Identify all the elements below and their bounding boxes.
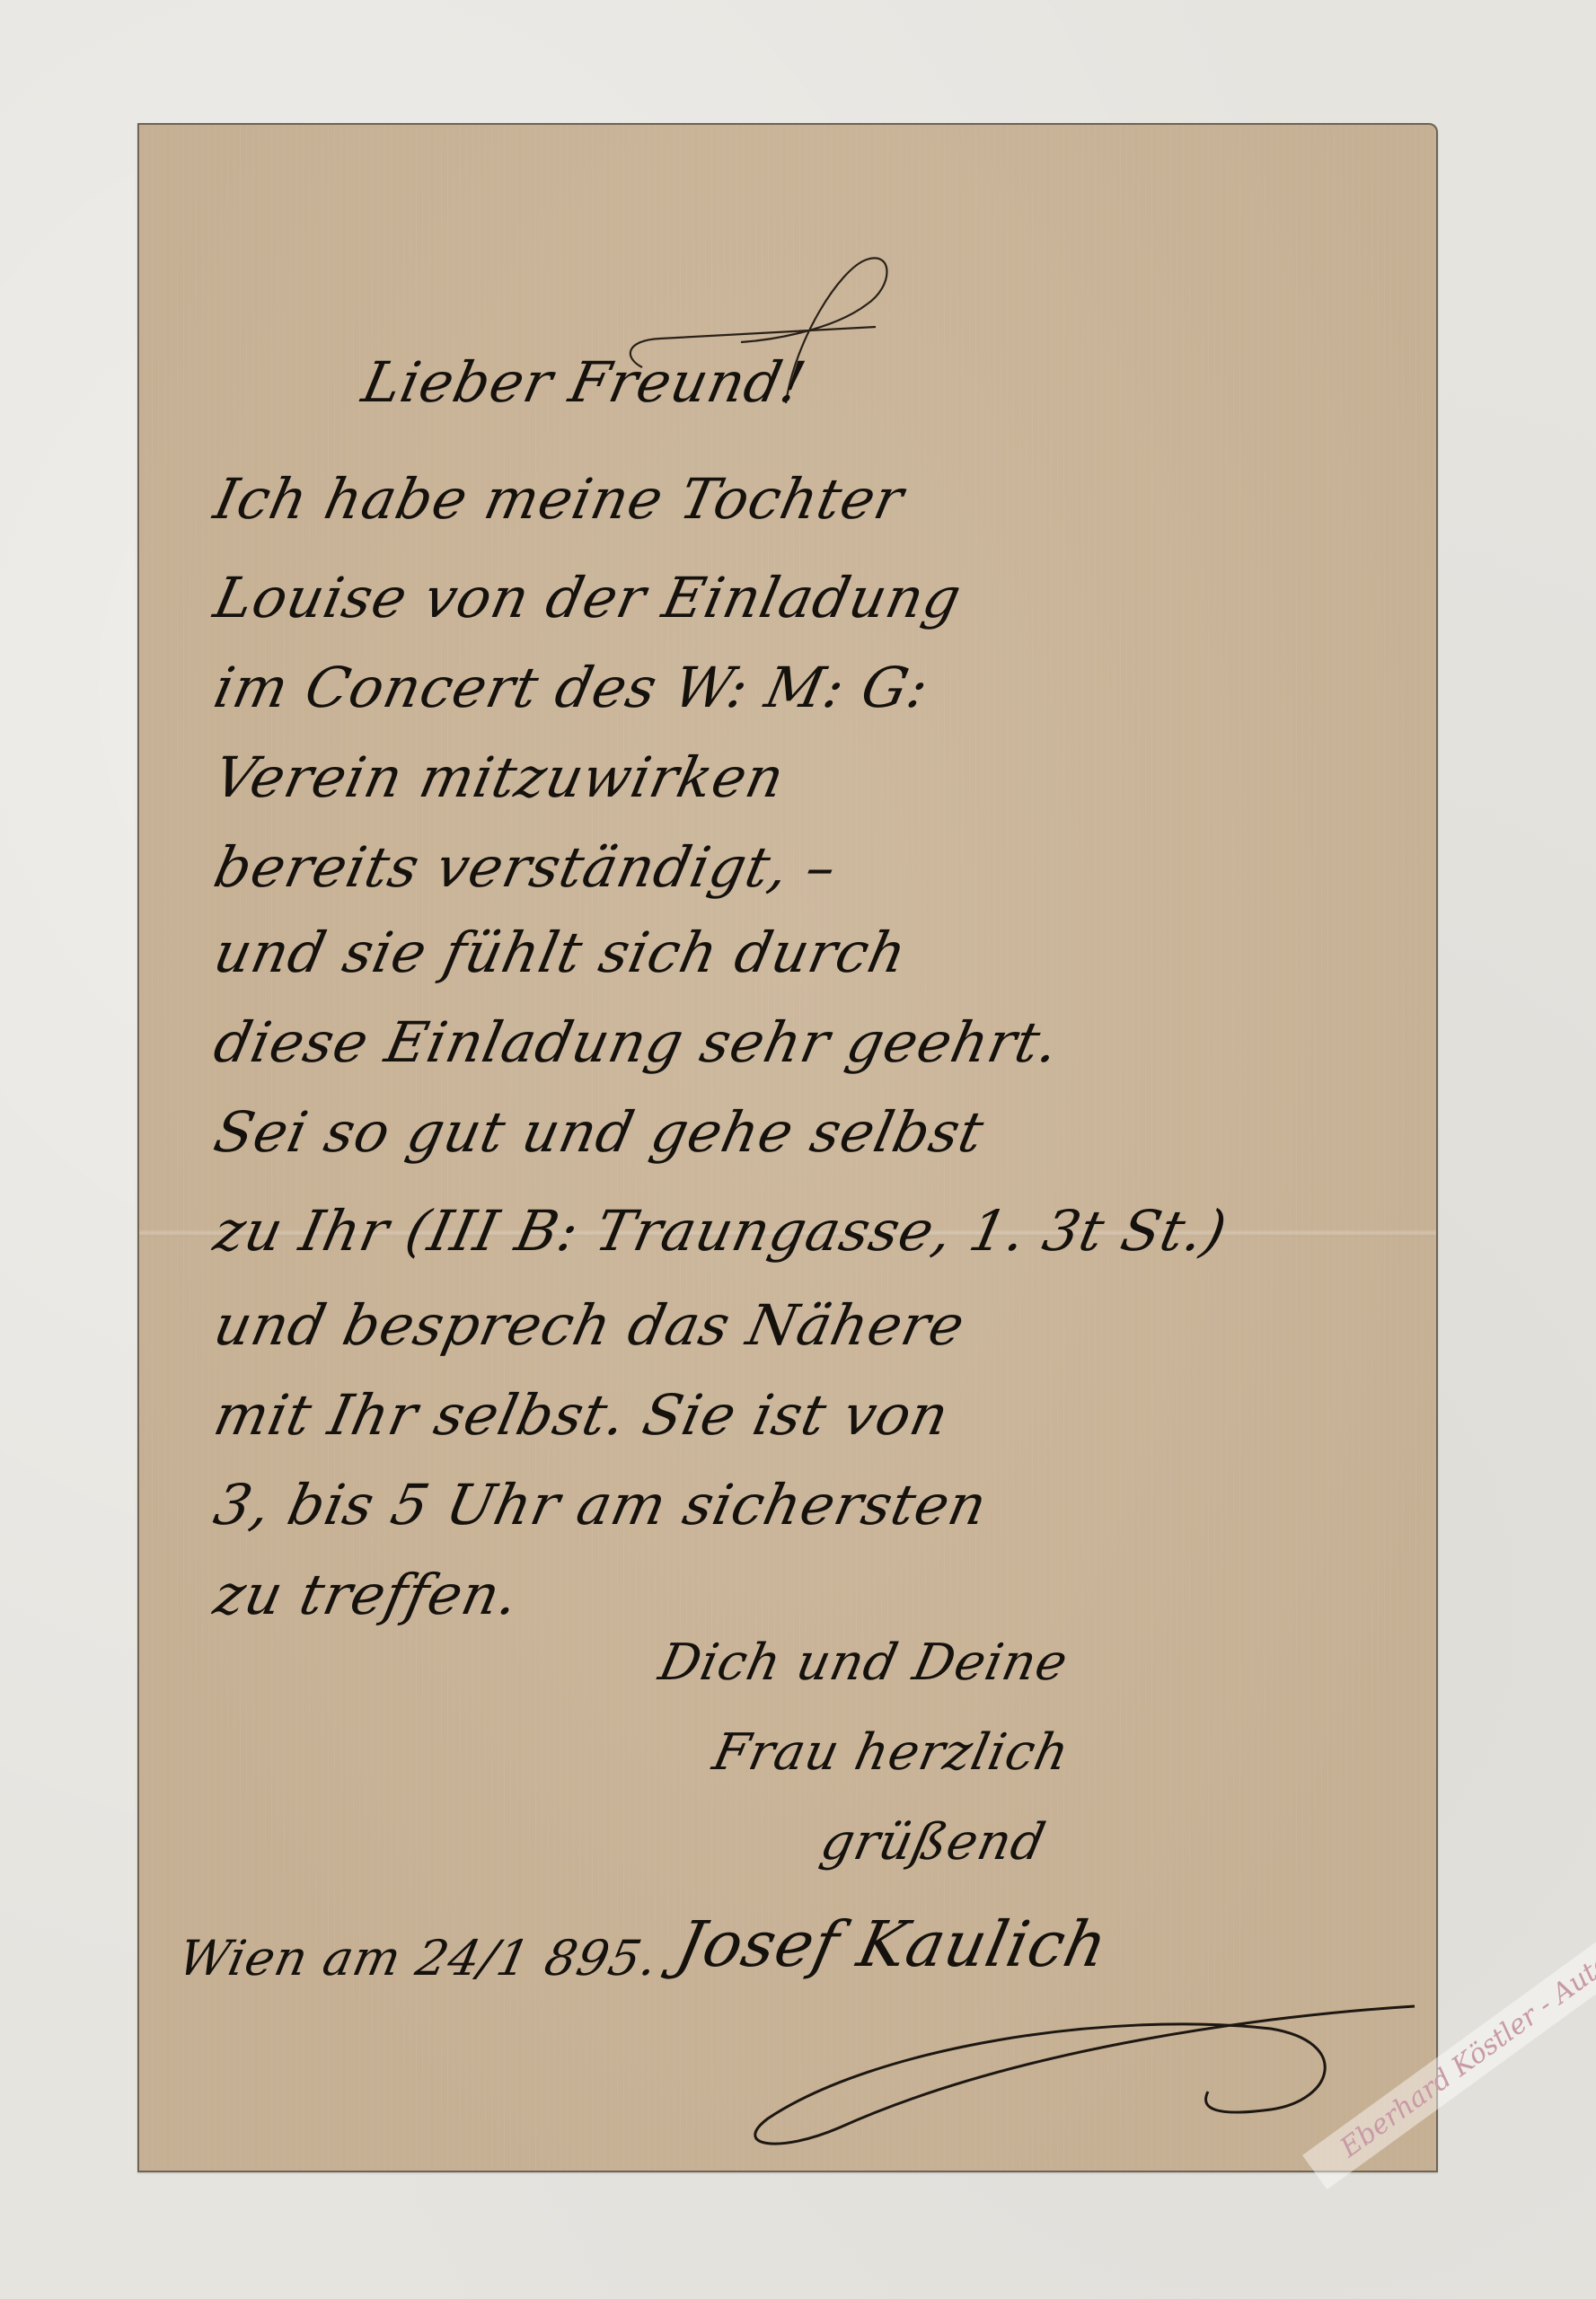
body-line: und besprech das Nähere	[208, 1292, 971, 1358]
body-line: bereits verständigt, –	[208, 834, 842, 900]
body-line: im Concert des W: M: G:	[208, 655, 935, 720]
body-line: Verein mitzuwirken	[208, 744, 790, 810]
body-line: Sei so gut und gehe selbst	[208, 1099, 990, 1165]
body-line: mit Ihr selbst. Sie ist von	[208, 1382, 955, 1448]
body-line: und sie fühlt sich durch	[208, 920, 913, 985]
signature-flourish-icon	[642, 1975, 1433, 2154]
place-date: Wien am 24/1 895.	[173, 1930, 663, 1986]
body-line: Louise von der Einladung	[208, 565, 967, 630]
body-line: zu Ihr (III B: Traungasse, 1. 3t St.)	[208, 1198, 1233, 1264]
body-line: 3, bis 5 Uhr am sichersten	[208, 1472, 993, 1537]
body-line: diese Einladung sehr geehrt.	[208, 1009, 1065, 1075]
signature: Josef Kaulich	[670, 1907, 1114, 1981]
closing-line: grüßend	[816, 1813, 1051, 1872]
closing-line: Dich und Deine	[654, 1634, 1073, 1692]
body-line: Ich habe meine Tochter	[208, 466, 910, 532]
salutation: Lieber Freund!	[357, 349, 812, 415]
closing-line: Frau herzlich	[708, 1723, 1074, 1782]
letter-sheet: Lieber Freund! Ich habe meine Tochter Lo…	[137, 123, 1438, 2172]
body-line: zu treffen.	[208, 1562, 525, 1627]
